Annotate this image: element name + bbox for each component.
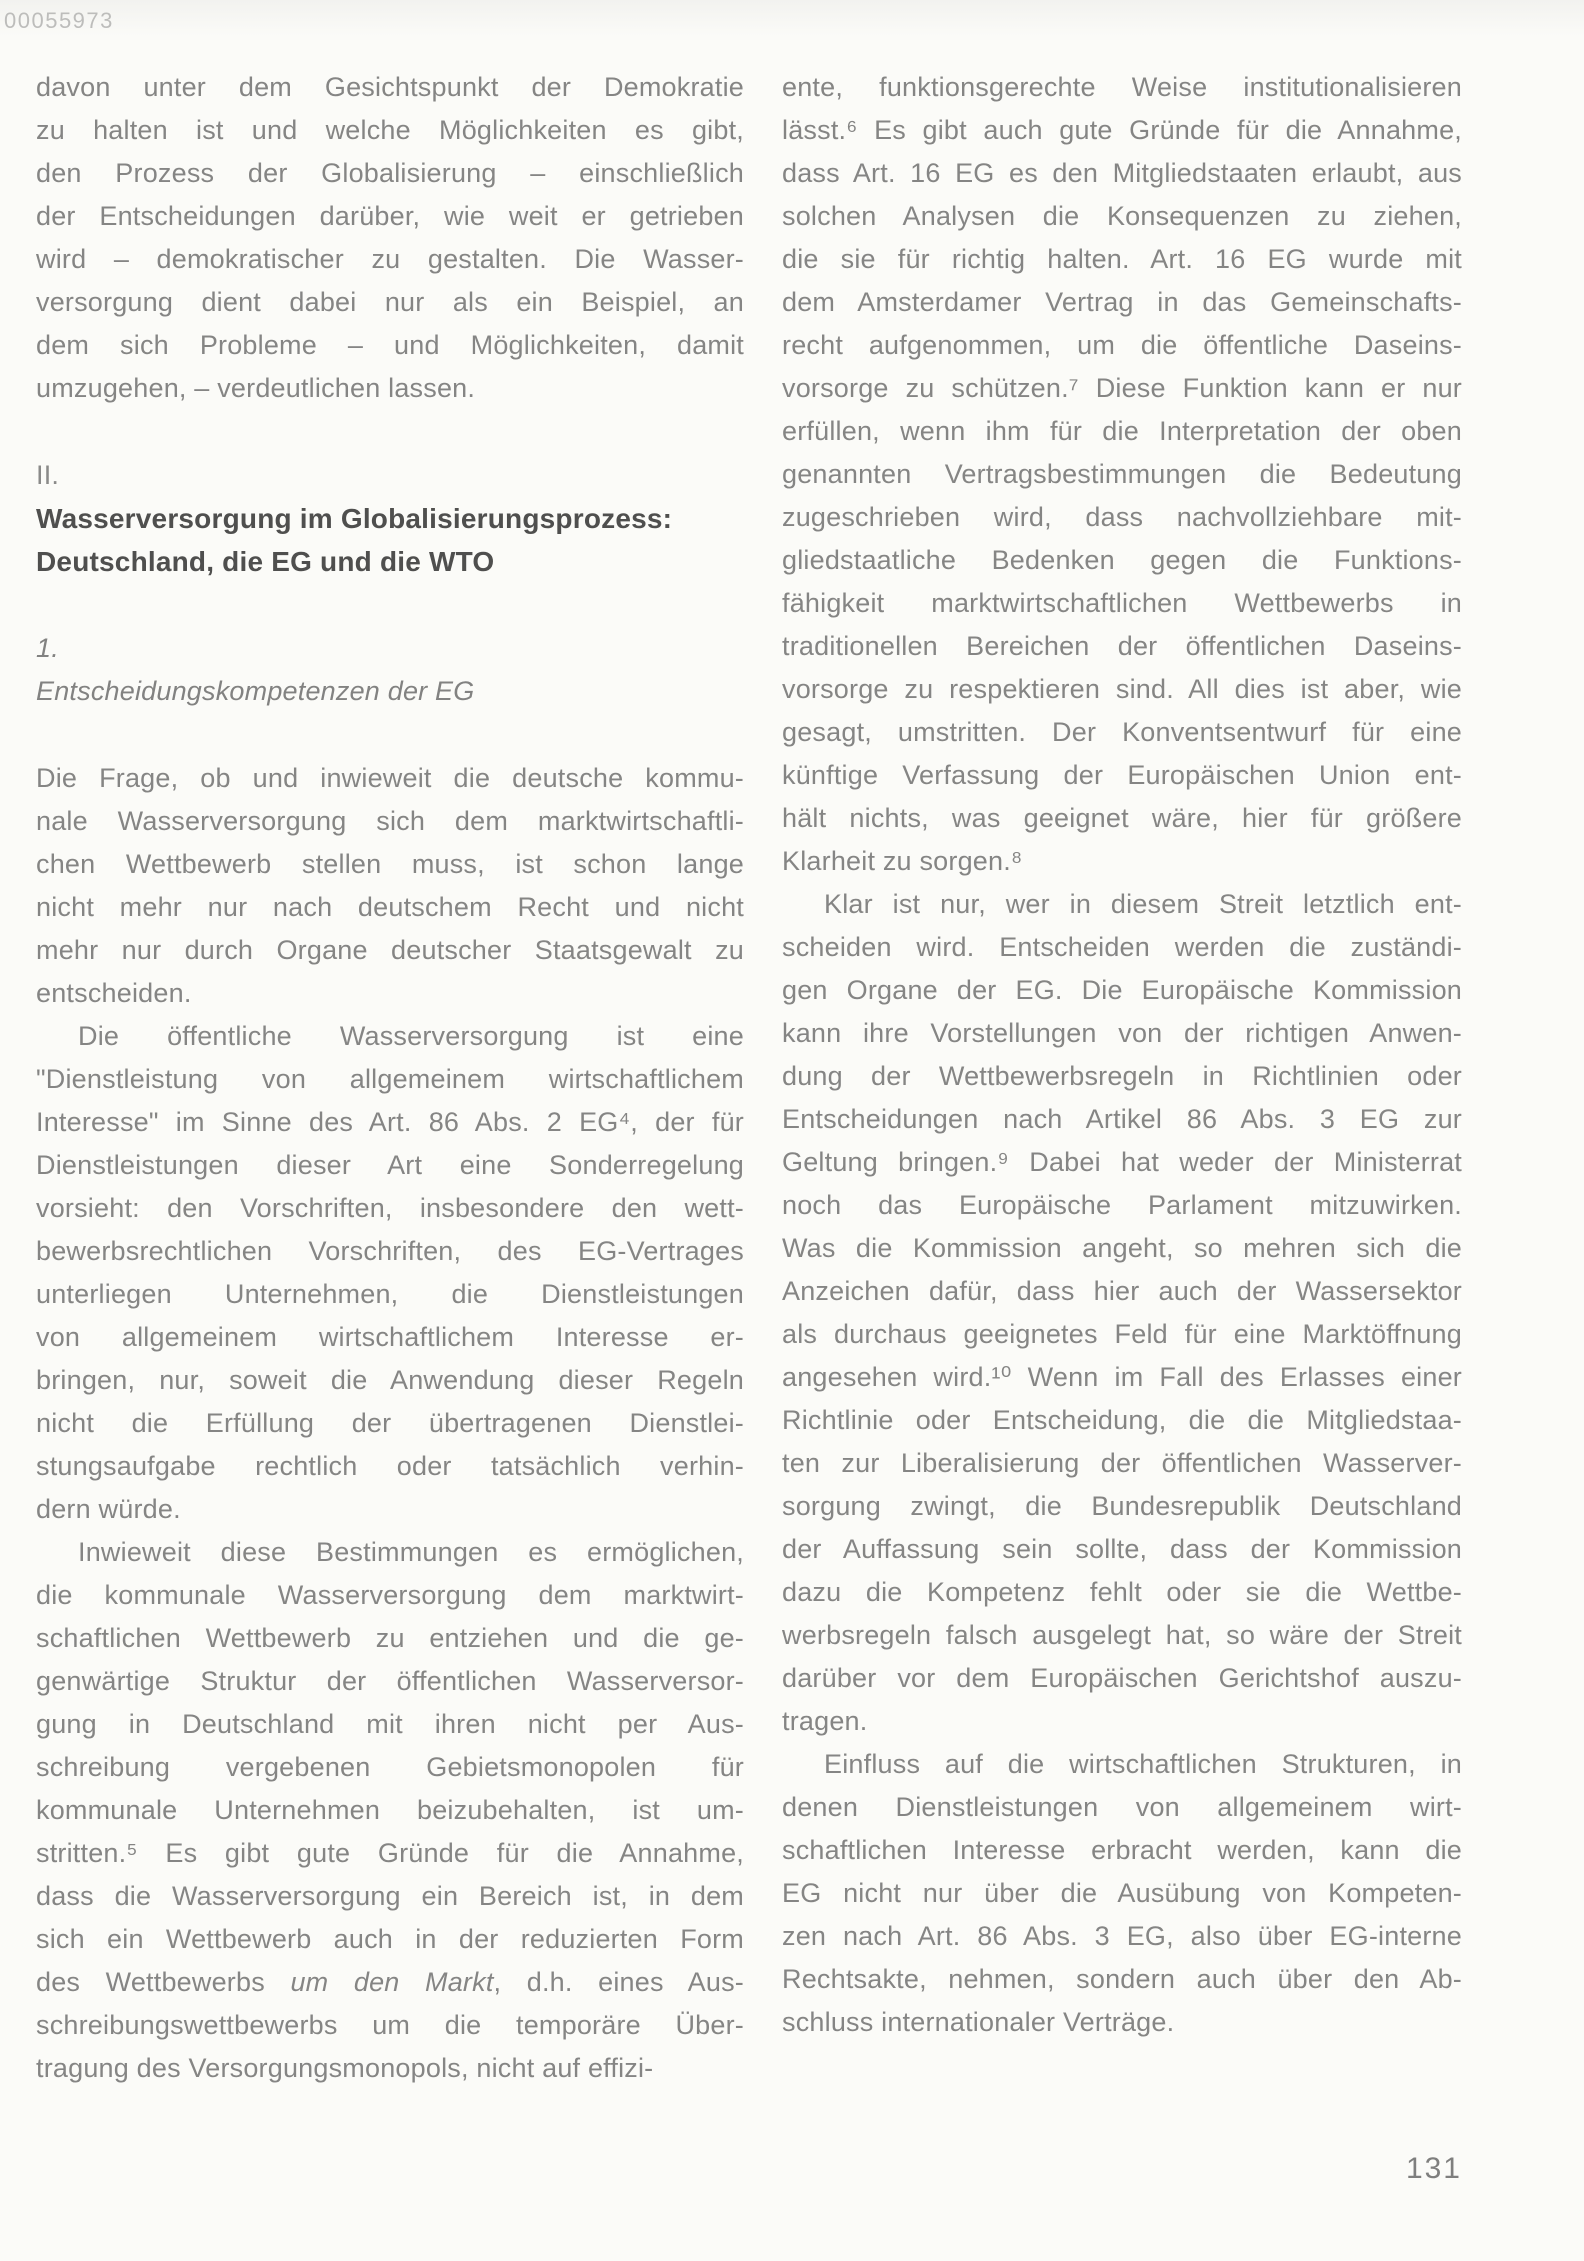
text-line: Wasserversorgung im Globalisierungsproze… <box>36 497 744 540</box>
text-line: schluss internationaler Verträge. <box>782 2001 1462 2044</box>
text-line: vorsorge zu respektieren sind. All dies … <box>782 668 1462 711</box>
text-line: Richtlinie oder Entscheidung, die die Mi… <box>782 1399 1462 1442</box>
text-line: entscheiden. <box>36 972 744 1015</box>
text-line: schaftlichen Wettbewerb zu entziehen und… <box>36 1617 744 1660</box>
text-line: ente, funktionsgerechte Weise institutio… <box>782 66 1462 109</box>
text-line: Dienstleistungen dieser Art eine Sonderr… <box>36 1144 744 1187</box>
text-line: Geltung bringen.⁹ Dabei hat weder der Mi… <box>782 1141 1462 1184</box>
text-line: recht aufgenommen, um die öffentliche Da… <box>782 324 1462 367</box>
text-line: genwärtige Struktur der öffentlichen Was… <box>36 1660 744 1703</box>
text-line: kann ihre Vorstellungen von der richtige… <box>782 1012 1462 1055</box>
text-line: gliedstaatliche Bedenken gegen die Funkt… <box>782 539 1462 582</box>
text-line: dem Amsterdamer Vertrag in das Gemeinsch… <box>782 281 1462 324</box>
text-line: der Auffassung sein sollte, dass der Kom… <box>782 1528 1462 1571</box>
text-line: Klarheit zu sorgen.⁸ <box>782 840 1462 883</box>
text-line: zu halten ist und welche Möglichkeiten e… <box>36 109 744 152</box>
text-line: sich ein Wettbewerb auch in der reduzier… <box>36 1918 744 1961</box>
text-line: vorsorge zu schützen.⁷ Diese Funktion ka… <box>782 367 1462 410</box>
text-line: Rechtsakte, nehmen, sondern auch über de… <box>782 1958 1462 2001</box>
text-line: bewerbsrechtlichen Vorschriften, des EG-… <box>36 1230 744 1273</box>
text-line: vorsieht: den Vorschriften, insbesondere… <box>36 1187 744 1230</box>
text-line: schaftlichen Interesse erbracht werden, … <box>782 1829 1462 1872</box>
text-line: versorgung dient dabei nur als ein Beisp… <box>36 281 744 324</box>
text-line: chen Wettbewerb stellen muss, ist schon … <box>36 843 744 886</box>
text-line: dem sich Probleme – und Möglichkeiten, d… <box>36 324 744 367</box>
text-line: Was die Kommission angeht, so mehren sic… <box>782 1227 1462 1270</box>
text-line: ten zur Liberalisierung der öffentlichen… <box>782 1442 1462 1485</box>
text-line: erfüllen, wenn ihm für die Interpretatio… <box>782 410 1462 453</box>
text-line: wird – demokratischer zu gestalten. Die … <box>36 238 744 281</box>
text-line: traditionellen Bereichen der öffentliche… <box>782 625 1462 668</box>
text-line: des Wettbewerbs um den Markt, d.h. eines… <box>36 1961 744 2004</box>
subsection-title: Entscheidungskompetenzen der EG <box>36 670 744 713</box>
text-line: umzugehen, – verdeutlichen lassen. <box>36 367 744 410</box>
text-line: II. <box>36 454 744 497</box>
text-line: lässt.⁶ Es gibt auch gute Gründe für die… <box>782 109 1462 152</box>
text-line: künftige Verfassung der Europäischen Uni… <box>782 754 1462 797</box>
text-line: nicht mehr nur nach deutschem Recht und … <box>36 886 744 929</box>
text-line: gesagt, umstritten. Der Konventsentwurf … <box>782 711 1462 754</box>
text-line: der Entscheidungen darüber, wie weit er … <box>36 195 744 238</box>
text-line: schreibung vergebenen Gebietsmonopolen f… <box>36 1746 744 1789</box>
text-line: stungsaufgabe rechtlich oder tatsächlich… <box>36 1445 744 1488</box>
paragraph-klar-ist-nur: Klar ist nur, wer in diesem Streit letzt… <box>782 883 1462 1743</box>
text-line: nicht die Erfüllung der übertragenen Die… <box>36 1402 744 1445</box>
text-line: Klar ist nur, wer in diesem Streit letzt… <box>782 883 1462 926</box>
text-column-left: davon unter dem Gesichtspunkt der Demokr… <box>36 66 744 2090</box>
text-line: denen Dienstleistungen von allgemeinem w… <box>782 1786 1462 1829</box>
text-line: fähigkeit marktwirtschaftlichen Wettbewe… <box>782 582 1462 625</box>
text-line: dung der Wettbewerbsregeln in Richtlinie… <box>782 1055 1462 1098</box>
text-line: genannten Vertragsbestimmungen die Bedeu… <box>782 453 1462 496</box>
text-line: gen Organe der EG. Die Europäische Kommi… <box>782 969 1462 1012</box>
scan-number: 00055973 <box>4 8 114 34</box>
text-line: tragung des Versorgungsmonopols, nicht a… <box>36 2047 744 2090</box>
paragraph-einfluss: Einfluss auf die wirtschaftlichen Strukt… <box>782 1743 1462 2044</box>
text-line: zugeschrieben wird, dass nachvollziehbar… <box>782 496 1462 539</box>
section-number: II. <box>36 454 744 497</box>
text-line: schreibungswettbewerbs um die temporäre … <box>36 2004 744 2047</box>
text-line: dass Art. 16 EG es den Mitgliedstaaten e… <box>782 152 1462 195</box>
text-column-right: ente, funktionsgerechte Weise institutio… <box>782 66 1462 2044</box>
text-line: kommunale Unternehmen beizubehalten, ist… <box>36 1789 744 1832</box>
text-line: dass die Wasserversorgung ein Bereich is… <box>36 1875 744 1918</box>
text-line: Anzeichen dafür, dass hier auch der Wass… <box>782 1270 1462 1313</box>
text-line: scheiden wird. Entscheiden werden die zu… <box>782 926 1462 969</box>
text-line: den Prozess der Globalisierung – einschl… <box>36 152 744 195</box>
text-line: gung in Deutschland mit ihren nicht per … <box>36 1703 744 1746</box>
text-line: tragen. <box>782 1700 1462 1743</box>
text-line: Die öffentliche Wasserversorgung ist ein… <box>36 1015 744 1058</box>
text-line: Deutschland, die EG und die WTO <box>36 540 744 583</box>
text-line: 1. <box>36 627 744 670</box>
text-line: unterliegen Unternehmen, die Dienstleist… <box>36 1273 744 1316</box>
text-line: von allgemeinem wirtschaftlichem Interes… <box>36 1316 744 1359</box>
text-line: "Dienstleistung von allgemeinem wirtscha… <box>36 1058 744 1101</box>
text-line: darüber vor dem Europäischen Gerichtshof… <box>782 1657 1462 1700</box>
text-line: stritten.⁵ Es gibt gute Gründe für die A… <box>36 1832 744 1875</box>
text-line: zen nach Art. 86 Abs. 3 EG, also über EG… <box>782 1915 1462 1958</box>
text-line: Einfluss auf die wirtschaftlichen Strukt… <box>782 1743 1462 1786</box>
paragraph-die-frage: Die Frage, ob und inwieweit die deutsche… <box>36 757 744 1015</box>
text-line: EG nicht nur über die Ausübung von Kompe… <box>782 1872 1462 1915</box>
text-line: dazu die Kompetenz fehlt oder sie die We… <box>782 1571 1462 1614</box>
text-line: davon unter dem Gesichtspunkt der Demokr… <box>36 66 744 109</box>
text-line: Interesse" im Sinne des Art. 86 Abs. 2 E… <box>36 1101 744 1144</box>
text-line: werbsregeln falsch ausgelegt hat, so wär… <box>782 1614 1462 1657</box>
text-line: bringen, nur, soweit die Anwendung diese… <box>36 1359 744 1402</box>
paragraph-oeffentliche-wasserversorgung: Die öffentliche Wasserversorgung ist ein… <box>36 1015 744 1531</box>
text-line: Die Frage, ob und inwieweit die deutsche… <box>36 757 744 800</box>
text-line: mehr nur durch Organe deutscher Staatsge… <box>36 929 744 972</box>
page-number: 131 <box>782 2152 1462 2186</box>
subsection-number: 1. <box>36 627 744 670</box>
text-line: Entscheidungen nach Artikel 86 Abs. 3 EG… <box>782 1098 1462 1141</box>
intro-paragraph-continuation: davon unter dem Gesichtspunkt der Demokr… <box>36 66 744 410</box>
text-line: die sie für richtig halten. Art. 16 EG w… <box>782 238 1462 281</box>
text-line: als durchaus geeignetes Feld für eine Ma… <box>782 1313 1462 1356</box>
text-line: hält nichts, was geeignet wäre, hier für… <box>782 797 1462 840</box>
text-line: Inwieweit diese Bestimmungen es ermöglic… <box>36 1531 744 1574</box>
text-line: angesehen wird.¹⁰ Wenn im Fall des Erlas… <box>782 1356 1462 1399</box>
text-line: Entscheidungskompetenzen der EG <box>36 670 744 713</box>
text-line: sorgung zwingt, die Bundesrepublik Deuts… <box>782 1485 1462 1528</box>
text-line: nale Wasserversorgung sich dem marktwirt… <box>36 800 744 843</box>
paragraph-inwieweit: Inwieweit diese Bestimmungen es ermöglic… <box>36 1531 744 2090</box>
text-line: noch das Europäische Parlament mitzuwirk… <box>782 1184 1462 1227</box>
paragraph-ente-funktionsgerechte: ente, funktionsgerechte Weise institutio… <box>782 66 1462 883</box>
scanned-document-page: 00055973 davon unter dem Gesichtspunkt d… <box>0 0 1584 2261</box>
text-line: die kommunale Wasserversorgung dem markt… <box>36 1574 744 1617</box>
text-line: dern würde. <box>36 1488 744 1531</box>
text-line: solchen Analysen die Konsequenzen zu zie… <box>782 195 1462 238</box>
section-title: Wasserversorgung im Globalisierungsproze… <box>36 497 744 583</box>
